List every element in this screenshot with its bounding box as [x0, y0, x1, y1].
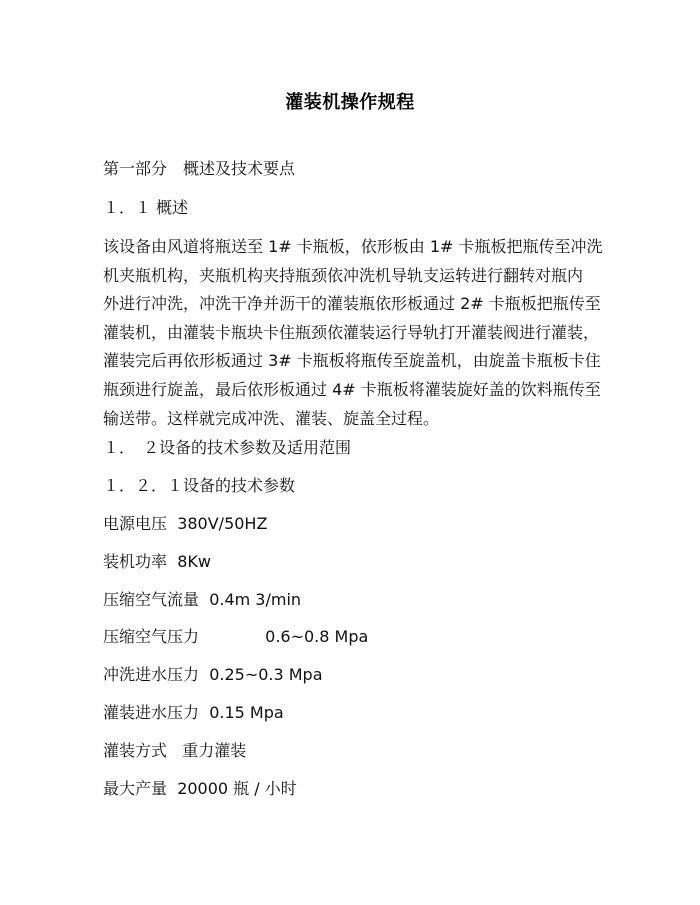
parameter-value: 重力灌装	[182, 741, 246, 760]
parameter-label: 装机功率	[103, 552, 167, 571]
parameter-label: 压缩空气流量	[103, 590, 199, 609]
paragraph-line: 输送带。这样就完成冲洗、灌装、旋盖全过程。	[103, 405, 623, 434]
parameter-value: 8Kw	[177, 552, 211, 571]
paragraph-line: 灌装完后再依形板通过 3# 卡瓶板将瓶传至旋盖机，由旋盖卡瓶板卡住	[103, 347, 623, 376]
parameter-label: 灌装进水压力	[103, 703, 199, 722]
parameter-label: 电源电压	[103, 514, 167, 533]
parameter-value: 0.6~0.8 Mpa	[265, 627, 368, 646]
parameter-label: 冲洗进水压力	[103, 665, 199, 684]
parameter-value: 20000 瓶 / 小时	[177, 779, 297, 798]
parameter-row: 灌装进水压力 0.15 Mpa	[103, 702, 284, 724]
parameter-value: 0.15 Mpa	[209, 703, 283, 722]
parameter-row: 装机功率 8Kw	[103, 551, 211, 573]
parameter-row: 灌装方式 重力灌装	[103, 740, 246, 762]
section-heading-1-2-1: １．２．１设备的技术参数	[103, 475, 295, 497]
parameter-row: 最大产量 20000 瓶 / 小时	[103, 778, 297, 800]
parameter-label: 压缩空气压力	[103, 627, 199, 646]
parameter-row: 压缩空气流量 0.4m 3/min	[103, 589, 301, 611]
parameter-value: 0.25~0.3 Mpa	[209, 665, 322, 684]
parameter-label: 灌装方式	[103, 741, 167, 760]
section-heading-1-1: １．１ 概述	[103, 197, 188, 219]
part-heading: 第一部分 概述及技术要点	[103, 158, 295, 180]
document-page: 灌装机操作规程 第一部分 概述及技术要点 １．１ 概述 该设备由风道将瓶送至 1…	[0, 0, 700, 905]
paragraph-line: 灌装机，由灌装卡瓶块卡住瓶颈依灌装运行导轨打开灌装阀进行灌装，	[103, 319, 623, 348]
overview-paragraph: 该设备由风道将瓶送至 1# 卡瓶板，依形板由 1# 卡瓶板把瓶传至冲洗 机夹瓶机…	[103, 233, 623, 433]
parameter-label: 最大产量	[103, 779, 167, 798]
paragraph-line: 该设备由风道将瓶送至 1# 卡瓶板，依形板由 1# 卡瓶板把瓶传至冲洗	[103, 233, 623, 262]
parameter-row: 冲洗进水压力 0.25~0.3 Mpa	[103, 664, 323, 686]
section-heading-1-2: １． ２设备的技术参数及适用范围	[103, 437, 351, 459]
paragraph-line: 机夹瓶机构，夹瓶机构夹持瓶颈依冲洗机导轨支运转进行翻转对瓶内	[103, 262, 623, 291]
parameter-value: 380V/50HZ	[177, 514, 267, 533]
parameter-row: 电源电压 380V/50HZ	[103, 513, 267, 535]
document-title: 灌装机操作规程	[0, 88, 700, 114]
parameter-row: 压缩空气压力 0.6~0.8 Mpa	[103, 626, 368, 648]
parameter-value: 0.4m 3/min	[209, 590, 301, 609]
paragraph-line: 瓶颈进行旋盖，最后依形板通过 4# 卡瓶板将灌装旋好盖的饮料瓶传至	[103, 376, 623, 405]
paragraph-line: 外进行冲洗，冲洗干净并沥干的灌装瓶依形板通过 2# 卡瓶板把瓶传至	[103, 290, 623, 319]
